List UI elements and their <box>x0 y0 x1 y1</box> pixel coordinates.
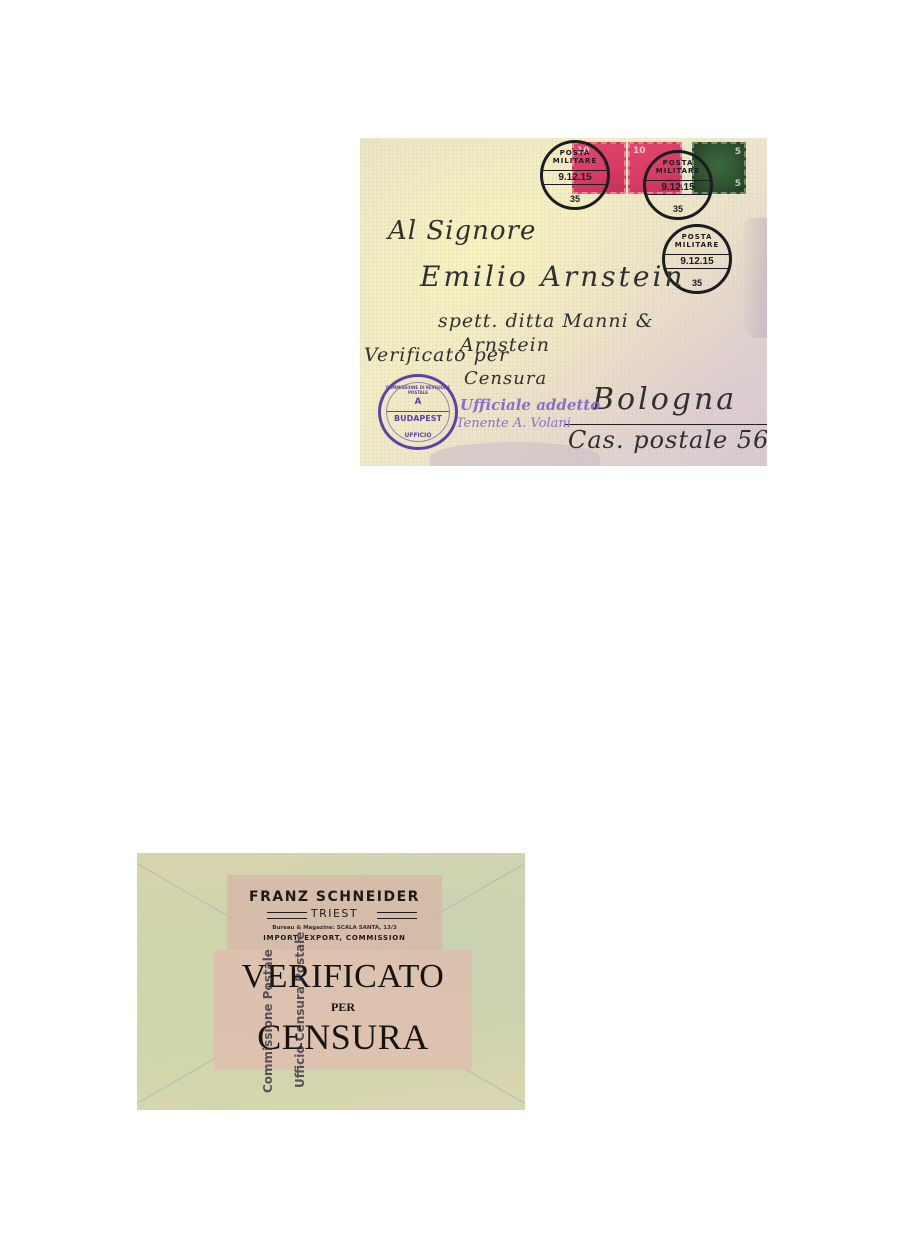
vertical-censor-stamp: Ufficio Censura Postale <box>293 932 307 1088</box>
address-underline <box>565 424 767 425</box>
censor-note-line2: Censura <box>464 368 547 389</box>
address-recipient-name: Emilio Arnstein <box>420 260 685 293</box>
sender-label: FRANZ SCHNEIDER TRIEST Bureau & Magazine… <box>227 875 442 950</box>
envelope-back: FRANZ SCHNEIDER TRIEST Bureau & Magazine… <box>137 853 525 1110</box>
censor-seal-stamp: COMMISSIONE DI REVISIONE POSTALE A BUDAP… <box>378 374 458 450</box>
sender-trade: IMPORT, EXPORT, COMMISSION <box>227 934 442 942</box>
seal-text-top: COMMISSIONE DI REVISIONE POSTALE <box>381 385 455 395</box>
postmark-text: POSTA MILITARE <box>646 159 710 175</box>
postmark-text: POSTA MILITARE <box>665 233 729 249</box>
stamp-value: 5 <box>735 179 741 189</box>
address-postbox: Cas. postale 56. <box>568 426 767 454</box>
sender-name: FRANZ SCHNEIDER <box>227 889 442 905</box>
seal-town: BUDAPEST <box>387 411 449 423</box>
decorative-rule <box>377 912 417 919</box>
postmark-cancel: POSTA MILITARE 9.12.15 35 <box>643 150 713 220</box>
postmark-date: 9.12.15 <box>646 180 710 195</box>
stamp-value: 5 <box>735 147 741 157</box>
seal-letter: A <box>381 397 455 407</box>
stamp-value: 10 <box>633 146 646 156</box>
censor-label: VERIFICATO PER CENSURA <box>214 950 472 1070</box>
address-salutation: Al Signore <box>388 216 536 246</box>
address-company: spett. ditta Manni & <box>438 310 654 332</box>
vertical-censor-stamp: Commissione Postale <box>261 949 275 1093</box>
postmark-number: 35 <box>646 204 710 214</box>
postmark-number: 35 <box>543 194 607 204</box>
censor-label-verificato: VERIFICATO <box>214 958 472 996</box>
torn-edge <box>739 218 767 338</box>
officer-title: Ufficiale addetto <box>460 396 600 414</box>
seal-text-bottom: UFFICIO <box>381 432 455 439</box>
postmark-text: POSTA MILITARE <box>543 149 607 165</box>
envelope-front: 10 10 5 5 POSTA MILITARE 9.12.15 35 POST… <box>360 138 767 466</box>
postmark-cancel: POSTA MILITARE 9.12.15 35 <box>540 140 610 210</box>
officer-name: Tenente A. Volani <box>456 416 571 431</box>
postmark-date: 9.12.15 <box>543 170 607 185</box>
censor-label-censura: CENSURA <box>214 1016 472 1058</box>
address-city: Bologna <box>592 382 737 417</box>
censor-label-per: PER <box>214 1000 472 1015</box>
censor-note-line1: Verificato per <box>364 344 509 366</box>
sender-address: Bureau & Magazine: SCALA SANTA, 13/3 <box>227 925 442 931</box>
